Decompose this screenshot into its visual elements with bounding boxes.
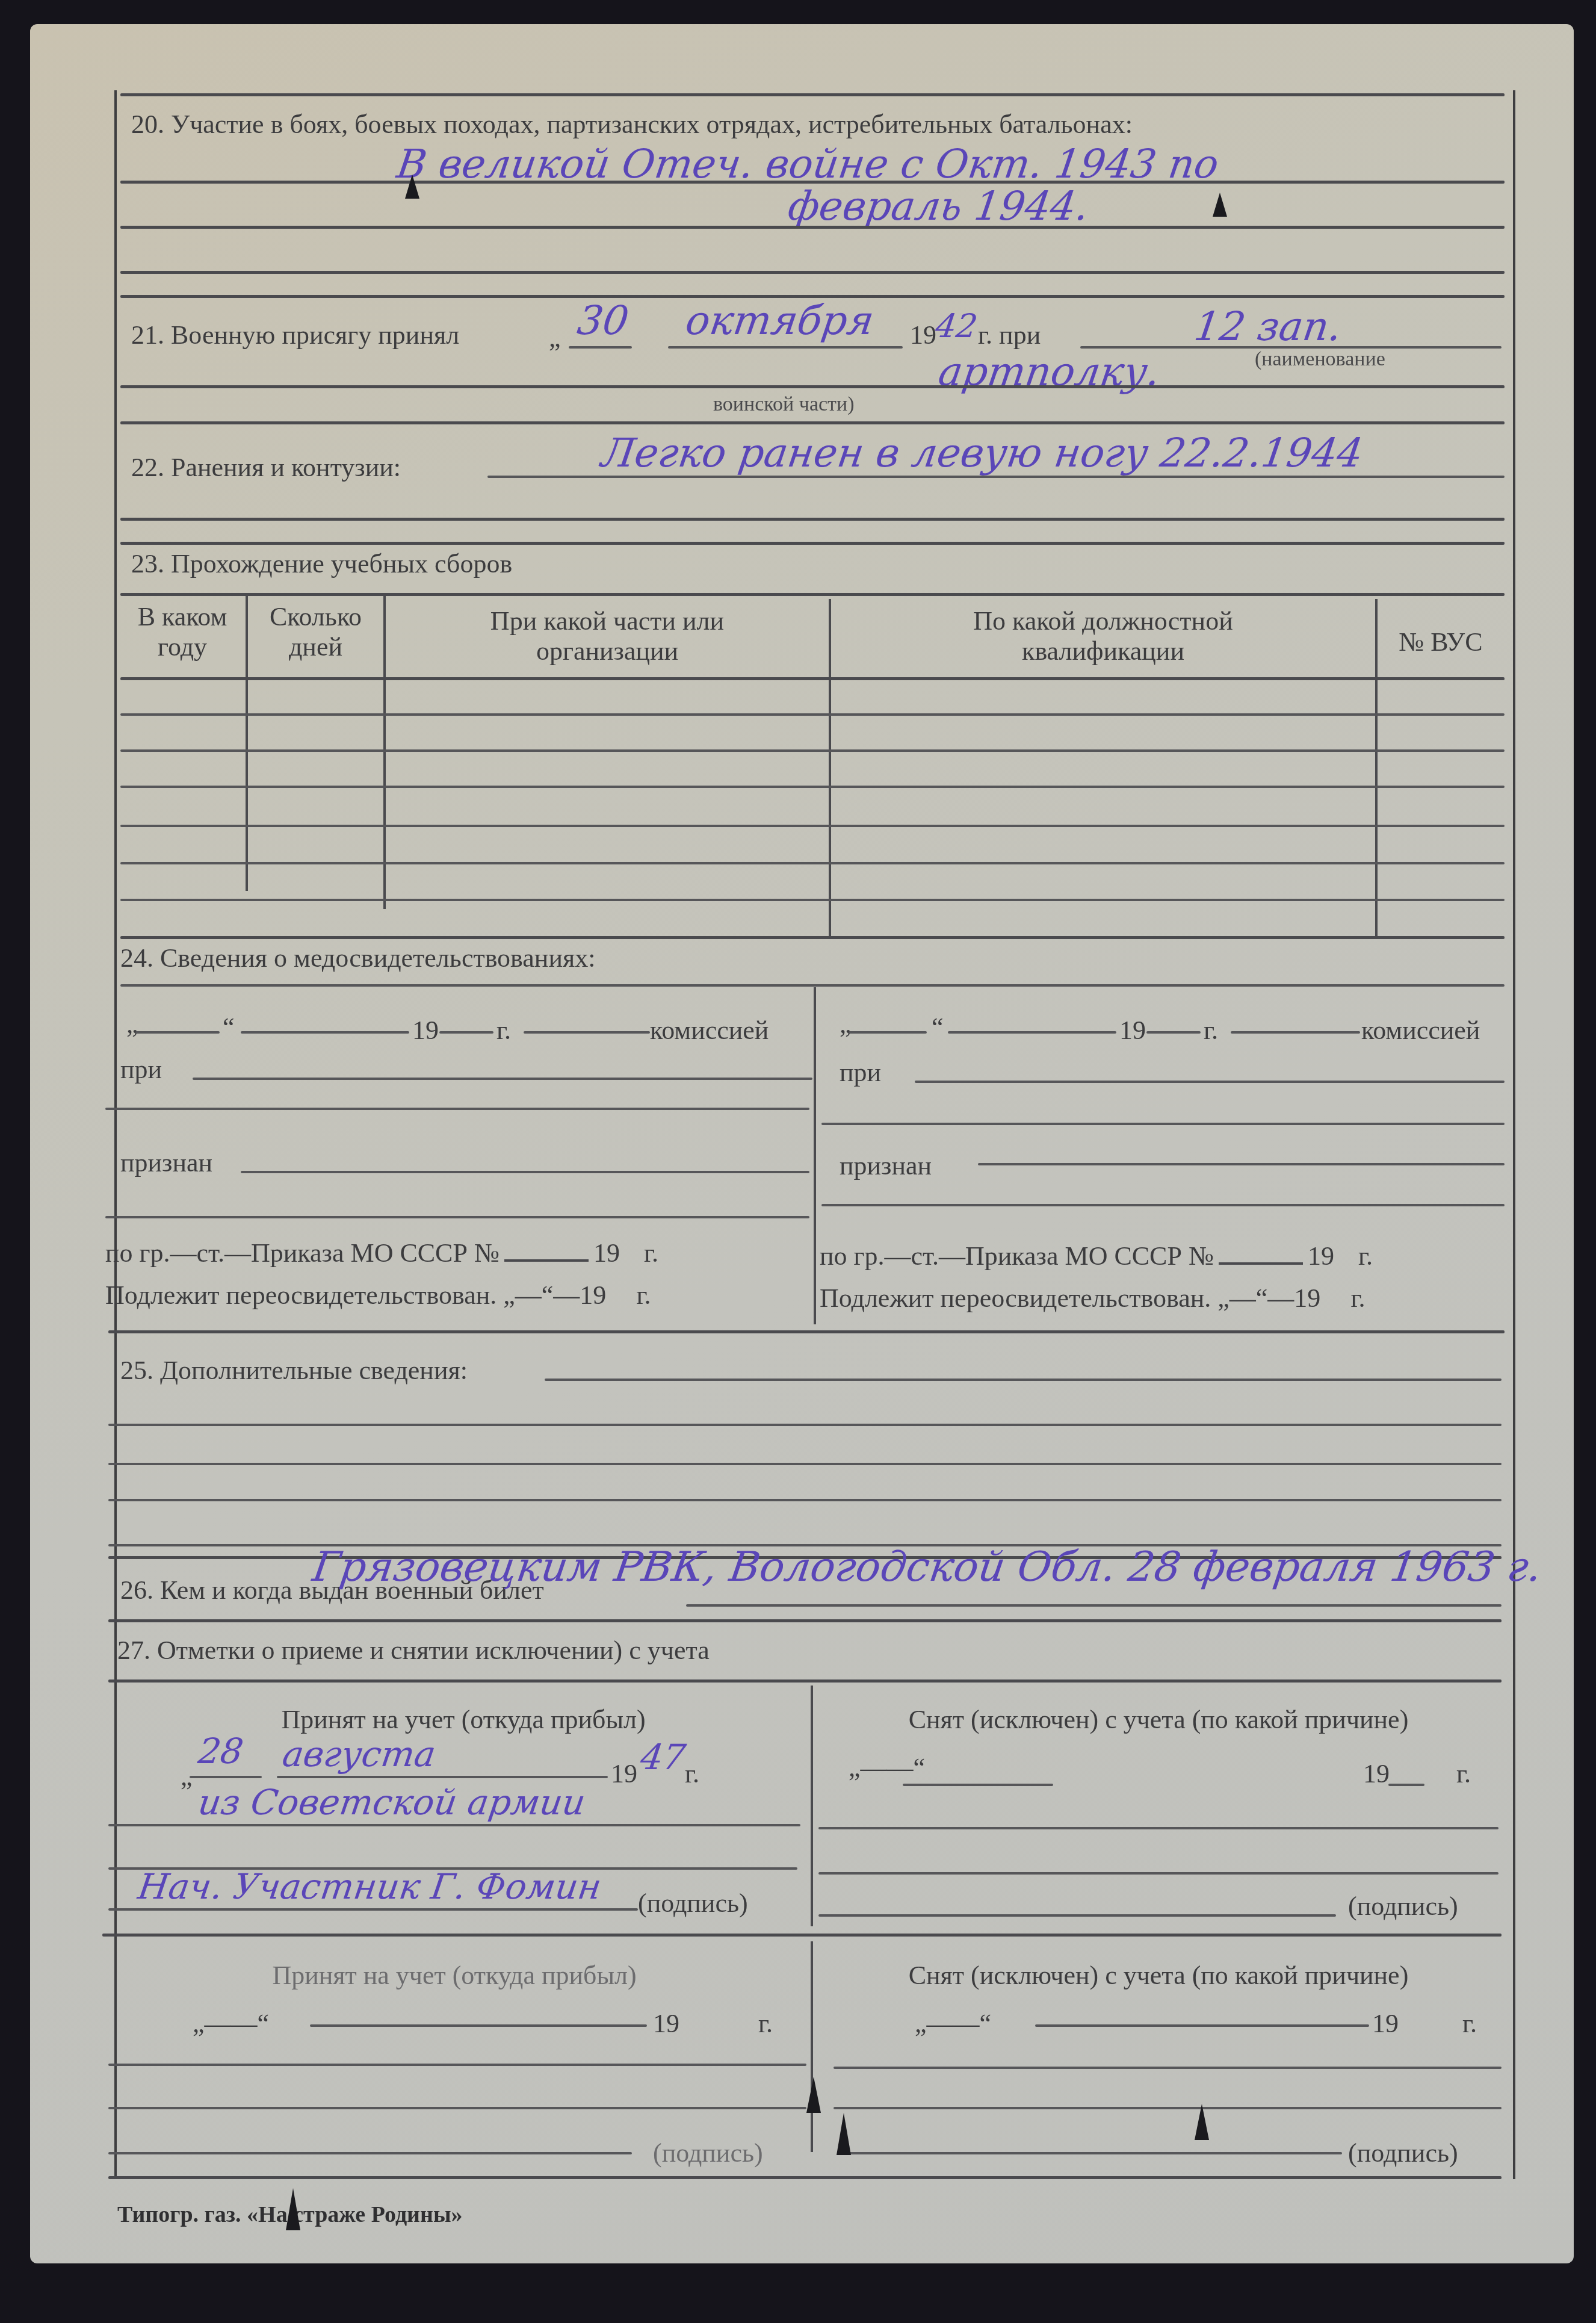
s27-b2-left-sign-line xyxy=(108,2152,632,2154)
s20-handwritten-1: В великой Отеч. войне с Окт. 1943 по xyxy=(394,144,1221,184)
s27-b2-left-date: „——“ xyxy=(193,2011,269,2037)
s23-col-year-h1: В каком xyxy=(119,604,246,630)
s20-line-3 xyxy=(120,271,1505,274)
s24-r-order: по гр.—ст.—Приказа МО СССР №19г. xyxy=(820,1243,1506,1270)
s24-l-day-line xyxy=(135,1031,220,1034)
s24-r-pri-line xyxy=(915,1081,1505,1083)
quote-mark: “ xyxy=(223,1014,235,1041)
s27-b1-day-line xyxy=(190,1776,262,1778)
s27-b1-left-title: Принят на учет (откуда прибыл) xyxy=(120,1707,806,1733)
s21-label: 21. Военную присягу принял xyxy=(131,322,459,349)
s20-label: 20. Участие в боях, боевых походах, парт… xyxy=(131,111,1133,138)
s23-bottom-rule xyxy=(120,936,1505,939)
s24-r-month-line xyxy=(948,1031,1116,1034)
s27-b1-month-hw: августа xyxy=(280,1737,438,1772)
s24-r-year: 19 xyxy=(1119,1017,1146,1044)
s24-l-order: по гр.—ст.—Приказа МО СССР №19г. xyxy=(105,1240,800,1267)
s27-b1-sign-line xyxy=(108,1908,638,1911)
s21-month-line xyxy=(668,346,903,349)
s27-b2-right-line-2 xyxy=(834,2107,1502,2109)
s27-b1-right-month-line xyxy=(903,1784,1053,1786)
table-row xyxy=(120,786,1505,788)
s27-b2-right-sign-line xyxy=(843,2152,1342,2154)
s21-day-hw: 30 xyxy=(575,301,631,341)
table-row xyxy=(120,749,1505,752)
s22-line-2 xyxy=(120,518,1505,521)
s21-caption-1: (наименование xyxy=(1255,349,1385,370)
s24-r-pri: при xyxy=(840,1059,881,1086)
s27-b1-right-year: 19 xyxy=(1363,1761,1390,1787)
s23-col-unit-h2: организации xyxy=(386,638,829,665)
punch-hole-mark xyxy=(1195,2104,1209,2140)
s23-col-qual-h2: квалификации xyxy=(831,638,1375,665)
s24-r-resurvey-text: Подлежит переосвидетельствован. „—“—19 xyxy=(820,1283,1320,1313)
s24-l-line xyxy=(105,1108,809,1110)
s20-line-2 xyxy=(120,226,1505,229)
s24-l-commission: комиссией xyxy=(650,1017,769,1044)
s24-r-resurvey: Подлежит переосвидетельствован. „—“—19г. xyxy=(820,1285,1365,1312)
s24-l-comm-line xyxy=(524,1031,650,1034)
s27-b2-left-title: Принят на учет (откуда прибыл) xyxy=(120,1962,788,1989)
s27-b2-left-line-1 xyxy=(108,2064,806,2066)
s27-b1-year: 19 xyxy=(611,1761,637,1787)
s27-b1-right-line-1 xyxy=(818,1827,1499,1829)
s25-label: 25. Дополнительные сведения: xyxy=(120,1357,468,1384)
s24-l-year-suffix: г. xyxy=(496,1017,511,1044)
s24-r-year-suffix: г. xyxy=(1204,1017,1218,1044)
table-row xyxy=(120,862,1505,864)
s24-l-month-line xyxy=(241,1031,409,1034)
s24-l-order-text: по гр.—ст.—Приказа МО СССР № xyxy=(105,1238,500,1268)
s26-bottom-rule xyxy=(108,1619,1502,1622)
s25-top-rule xyxy=(108,1330,1505,1333)
s23-col-unit-h1: При какой части или xyxy=(386,608,829,634)
s24-l-resurvey-suffix: г. xyxy=(636,1280,651,1310)
s24-r-line xyxy=(821,1123,1505,1125)
table-row xyxy=(120,899,1505,901)
s27-b1-right-title: Снят (исключен) с учета (по какой причин… xyxy=(818,1707,1499,1733)
s25-line-2 xyxy=(108,1424,1502,1426)
s24-r-order-suffix: г. xyxy=(1358,1241,1373,1271)
s22-handwritten: Легко ранен в левую ногу 22.2.1944 xyxy=(599,433,1365,473)
s27-b1-right-sign-label: (подпись) xyxy=(1348,1893,1458,1920)
s24-l-order-suffix: г. xyxy=(644,1238,658,1268)
s23-label: 23. Прохождение учебных сборов xyxy=(131,551,512,577)
s27-b1-right-line-2 xyxy=(818,1872,1499,1875)
s24-top-rule xyxy=(120,984,1505,987)
s26-handwritten: Грязовецким РВК, Вологодской Обл. 28 фев… xyxy=(310,1547,1544,1588)
s27-b2-right-sign-label: (подпись) xyxy=(1348,2140,1458,2166)
s27-block-separator xyxy=(102,1934,1502,1937)
punch-hole-mark xyxy=(837,2113,851,2155)
s23-col-year-h2: году xyxy=(119,634,246,660)
s25-line-4 xyxy=(108,1499,1502,1501)
s27-b2-left-line-2 xyxy=(108,2107,806,2109)
s21-month-hw: октября xyxy=(683,301,876,341)
s23-header-top xyxy=(120,593,1505,596)
s25-line-3 xyxy=(108,1463,1502,1465)
punch-hole-mark xyxy=(1213,193,1227,217)
s24-l-priznan-line xyxy=(241,1171,809,1173)
s27-b1-right-date: „——“ xyxy=(849,1755,925,1781)
s22-line-1 xyxy=(487,476,1505,478)
s21-line-2 xyxy=(120,385,1505,388)
s24-divider xyxy=(814,987,816,1324)
s24-l-year: 19 xyxy=(412,1017,439,1044)
s23-top-rule xyxy=(120,542,1505,545)
s27-b2-right-month-line xyxy=(1035,2024,1369,2027)
s24-l-resurvey: Подлежит переосвидетельствован. „—“—19г. xyxy=(105,1282,651,1309)
s21-day-line xyxy=(569,346,632,349)
quote-mark: „ xyxy=(126,1011,138,1038)
s27-b2-left-year: 19 xyxy=(653,2011,679,2037)
s24-l-pri: при xyxy=(120,1056,162,1083)
s27-b1-right-sign-line xyxy=(818,1914,1336,1917)
bottom-rule xyxy=(108,2176,1502,2179)
s27-b1-from-hw: из Советской армии xyxy=(196,1785,587,1820)
table-row xyxy=(120,825,1505,827)
s20-handwritten-2: февраль 1944. xyxy=(785,187,1091,226)
s27-b1-day-hw: 28 xyxy=(196,1734,246,1769)
s27-divider-1 xyxy=(811,1686,813,1926)
s21-year-prefix: 19 xyxy=(910,322,936,349)
s24-l-year-line xyxy=(439,1031,493,1034)
punch-hole-mark xyxy=(286,2188,300,2230)
s24-l-line xyxy=(105,1216,809,1218)
s27-top-rule xyxy=(108,1679,1502,1683)
s24-r-line xyxy=(821,1204,1505,1206)
punch-hole-mark xyxy=(806,2077,821,2113)
s27-b1-left-line-1 xyxy=(108,1824,800,1826)
quote-mark: “ xyxy=(932,1014,944,1041)
s27-b2-left-month-line xyxy=(310,2024,647,2027)
s22-label: 22. Ранения и контузии: xyxy=(131,454,401,481)
s24-r-priznan-line xyxy=(978,1163,1505,1165)
punch-hole-mark xyxy=(405,175,419,199)
s23-col-days-h2: дней xyxy=(248,634,383,660)
s21-year-hw: 42 xyxy=(933,310,979,343)
s24-r-priznan: признан xyxy=(840,1153,932,1179)
s27-divider-2 xyxy=(811,1941,813,2152)
s23-col-vus-h: № ВУС xyxy=(1378,629,1504,656)
s27-b1-right-year-suffix: г. xyxy=(1456,1761,1471,1787)
s24-label: 24. Сведения о медосвидетельствованиях: xyxy=(120,945,595,972)
s27-b2-right-year-suffix: г. xyxy=(1462,2011,1477,2037)
s24-l-priznan: признан xyxy=(120,1150,212,1176)
s27-b1-sign-hw: Нач. Участник Г. Фомин xyxy=(136,1869,604,1904)
s24-r-order-year: 19 xyxy=(1308,1241,1334,1271)
s27-b1-year-hw: 47 xyxy=(639,1740,688,1775)
s27-b2-right-title: Снят (исключен) с учета (по какой причин… xyxy=(818,1962,1499,1989)
s27-b2-right-line-1 xyxy=(834,2067,1502,2069)
top-rule xyxy=(120,93,1505,96)
s21-year-suffix: г. при xyxy=(978,322,1041,349)
s27-label: 27. Отметки о приеме и снятии исключении… xyxy=(117,1637,710,1664)
s24-l-pri-line xyxy=(193,1078,812,1080)
s23-col-qual-h1: По какой должностной xyxy=(831,608,1375,634)
s27-b2-right-year: 19 xyxy=(1372,2011,1399,2037)
s26-line xyxy=(686,1604,1502,1607)
s27-b2-left-year-suffix: г. xyxy=(758,2011,773,2037)
s27-b1-month-line xyxy=(277,1776,608,1778)
s24-l-order-year: 19 xyxy=(593,1238,620,1268)
s24-r-resurvey-suffix: г. xyxy=(1350,1283,1365,1313)
quote-mark: „ xyxy=(840,1011,852,1038)
s27-b2-right-date: „——“ xyxy=(915,2011,991,2037)
s27-b1-left-sign-label: (подпись) xyxy=(638,1890,748,1917)
s27-b1-year-suffix: г. xyxy=(685,1761,699,1787)
s24-r-year-line xyxy=(1146,1031,1201,1034)
s21-unit-hw-1: 12 зап. xyxy=(1192,307,1344,347)
quote-mark: „ xyxy=(549,325,561,352)
s24-r-comm-line xyxy=(1231,1031,1360,1034)
s22-top-rule xyxy=(120,421,1505,424)
s21-caption-2: воинской части) xyxy=(713,394,854,415)
s24-r-order-text: по гр.—ст.—Приказа МО СССР № xyxy=(820,1241,1214,1271)
table-row xyxy=(120,713,1505,716)
s27-b2-left-sign-label: (подпись) xyxy=(653,2140,763,2166)
s24-l-resurvey-text: Подлежит переосвидетельствован. „—“—19 xyxy=(105,1280,606,1310)
s24-r-commission: комиссией xyxy=(1361,1017,1480,1044)
s24-r-day-line xyxy=(849,1031,927,1034)
s23-col-days-h1: Сколько xyxy=(248,604,383,630)
s23-header-bottom xyxy=(120,677,1505,680)
s25-line-1 xyxy=(545,1379,1502,1381)
s27-b1-right-year-line xyxy=(1388,1784,1424,1786)
